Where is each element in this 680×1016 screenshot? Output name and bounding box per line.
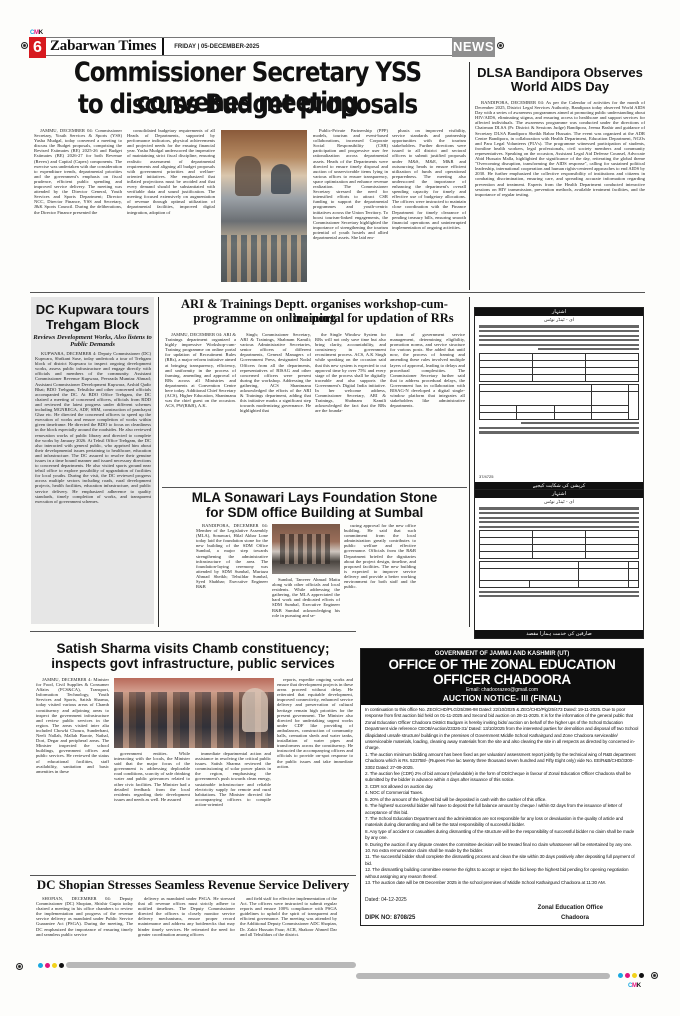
satish-column-3: immediate departmental action and assist… xyxy=(195,751,271,873)
ari-column-2: Singh; Commissioner Secretary, ARI & Tra… xyxy=(240,332,311,480)
notice-item: 9. During the auction if any dispute cre… xyxy=(365,842,639,848)
urdu-ad-table xyxy=(479,384,639,420)
masthead-divider xyxy=(162,38,164,55)
urdu-ad-text xyxy=(475,507,643,528)
column-divider xyxy=(469,297,470,627)
mla-column-1: BANDIPORA, DECEMBER 04: Member of the Le… xyxy=(196,523,268,627)
notice-item: 11. The successful bidder shall complete… xyxy=(365,854,639,867)
color-bar-dots xyxy=(618,973,644,978)
shopian-column-2: delivery as mandated under PSGA. He stre… xyxy=(138,896,235,962)
notice-office-title: OFFICE OF THE ZONAL EDUCATION OFFICER CH… xyxy=(361,657,643,687)
mla-headline-line2: for SDM office Building at Sumbal xyxy=(162,505,467,520)
color-bar-dots xyxy=(38,963,64,968)
notice-dated: Dated: 04-12-2025 xyxy=(365,897,407,903)
lead-column-1: JAMMU, DECEMBER 04: Commissioner Secreta… xyxy=(34,128,122,286)
satish-column-1: JAMMU, DECEMBER 4: Minister for Food, Ci… xyxy=(36,677,109,873)
page-number: 6 xyxy=(29,37,46,58)
column-divider xyxy=(158,297,159,627)
satish-column-2: government entities. While interacting w… xyxy=(114,751,190,873)
dlsa-headline: DLSA Bandipora Observes World AIDS Day xyxy=(475,66,645,94)
ari-column-3: the Single Window System for RRs will no… xyxy=(315,332,386,480)
section-label: NEWS xyxy=(452,37,495,57)
masthead: Zabarwan Times FRIDAY | 05-DECEMBER-2025 xyxy=(30,37,495,56)
satish-column-4: reports, expedite ongoing works and ensu… xyxy=(277,677,353,873)
urdu-ad-table xyxy=(479,561,639,588)
notice-item: 8. Any type of accident or casualties du… xyxy=(365,829,639,842)
notice-item: 12. The dismantling building committee r… xyxy=(365,867,639,880)
registration-mark-icon xyxy=(651,972,658,979)
notice-item: 7. The School Education Department and t… xyxy=(365,816,639,829)
kupwara-body: KUPWARA, DECEMBER 4: Deputy Commissioner… xyxy=(35,351,151,621)
ari-column-1: JAMMU, DECEMBER 04: ARI & Trainings depa… xyxy=(165,332,236,480)
photo-crowd xyxy=(280,534,330,564)
satish-headline-line1: Satish Sharma visits Chamb constituency; xyxy=(30,641,356,656)
zeo-auction-notice: GOVERNMENT OF JAMMU AND KASHMIR (UT) OFF… xyxy=(360,648,644,926)
mla-headline-line1: MLA Sonawari Lays Foundation Stone xyxy=(162,490,467,505)
satish-photo xyxy=(114,678,274,748)
lead-column-3: Public-Private Partnership (PPP) models,… xyxy=(313,128,388,286)
lead-column-4: phasis on improved visibility, service s… xyxy=(392,128,466,286)
urdu-ad-footer: صارفین کی خدمت ہمارا مقصد xyxy=(475,630,643,638)
notice-title: AUCTION NOTICE- III (FINAL) xyxy=(361,693,643,703)
satish-headline-line2: inspects govt infrastructure, public ser… xyxy=(30,656,356,671)
notice-item: 13. The auction date will be 09 December… xyxy=(365,880,639,886)
column-divider xyxy=(469,62,470,290)
urdu-ad-code: 37/4725 xyxy=(479,474,493,479)
photo-audience xyxy=(221,235,307,282)
urdu-ad-table xyxy=(479,353,639,382)
dlsa-body: BANDIPORA, DECEMBER 04: As per the Calen… xyxy=(475,100,645,290)
cmyk-mark-bottom: CMK xyxy=(628,983,641,989)
urdu-tender-ad-2: اشتہار ای - ٹینڈر نوٹس صارفین کی خدمت ہم… xyxy=(474,489,644,639)
registration-mark-icon xyxy=(21,42,28,49)
notice-header: GOVERNMENT OF JAMMU AND KASHMIR (UT) OFF… xyxy=(361,649,643,705)
registration-mark-icon xyxy=(16,963,24,971)
urdu-ad-top-bar: اشتہار xyxy=(475,490,643,498)
notice-signature-line2: Chadoora xyxy=(561,915,589,921)
section-divider xyxy=(30,631,356,632)
gray-print-bar xyxy=(356,973,610,979)
lead-photo xyxy=(221,130,307,282)
notice-item: 1. The auction minimum bidding amount ha… xyxy=(365,752,639,771)
photo-figure xyxy=(235,156,261,196)
urdu-ad-table xyxy=(479,530,639,559)
registration-mark-icon xyxy=(497,42,504,49)
ari-column-4: tion of government service management, d… xyxy=(390,332,465,480)
ari-headline-line2: programme on online portal for updation … xyxy=(180,311,467,325)
section-divider xyxy=(162,487,467,488)
notice-intro: In continuation to this office No. ZEO/C… xyxy=(365,707,639,752)
mla-column-3: curing approval for the new office build… xyxy=(344,523,416,627)
kupwara-subhead: Reviews Development Works, Also listens … xyxy=(33,334,152,348)
lead-column-2: consolidated budgetary requirements of a… xyxy=(127,128,215,286)
gray-print-bar xyxy=(66,962,356,968)
shopian-column-1: SHOPIAN, DECEMBER 04: Deputy Commissione… xyxy=(36,896,133,962)
kupwara-headline: DC Kupwara tours Trehgam Block xyxy=(33,302,152,332)
mla-column-2: Sumbal, Tanveer Ahmad Mattu along with o… xyxy=(272,577,340,627)
notice-body: In continuation to this office No. ZEO/C… xyxy=(361,705,643,888)
section-divider xyxy=(30,292,645,293)
notice-item: 2. The auction fee (CDR) 2% of bid amoun… xyxy=(365,771,639,784)
urdu-ad-text xyxy=(475,422,643,433)
urdu-tender-ad-1: اشتہار ای - ٹینڈر نوٹس 37/4725 کرپشن کی … xyxy=(474,307,644,491)
notice-signature-line1: Zonal Education Office xyxy=(538,905,603,911)
photo-figure xyxy=(242,688,268,732)
urdu-ad-text xyxy=(475,325,643,350)
shopian-column-3: and field staff for effective implementa… xyxy=(240,896,337,962)
brand-name: Zabarwan Times xyxy=(50,38,156,55)
urdu-ad-top-bar: اشتہار xyxy=(475,308,643,316)
notice-dipk: DIPK NO: 8708/25 xyxy=(365,915,415,921)
photo-figure xyxy=(271,164,291,194)
urdu-ad-text xyxy=(475,591,643,598)
urdu-ad-subtitle: ای - ٹینڈر نوٹس xyxy=(475,500,643,505)
cmyk-mark-top: CMK xyxy=(30,30,43,36)
lead-headline-line2: to discuss Budget proposals xyxy=(30,90,465,120)
shopian-headline: DC Shopian Stresses Seamless Revenue Ser… xyxy=(30,877,356,892)
notice-item: 6. The highest/ successful bidder will h… xyxy=(365,803,639,816)
section-divider xyxy=(30,875,356,876)
mla-photo xyxy=(272,524,340,574)
urdu-ad-subtitle: ای - ٹینڈر نوٹس xyxy=(475,318,643,323)
dateline: FRIDAY | 05-DECEMBER-2025 xyxy=(174,44,259,50)
